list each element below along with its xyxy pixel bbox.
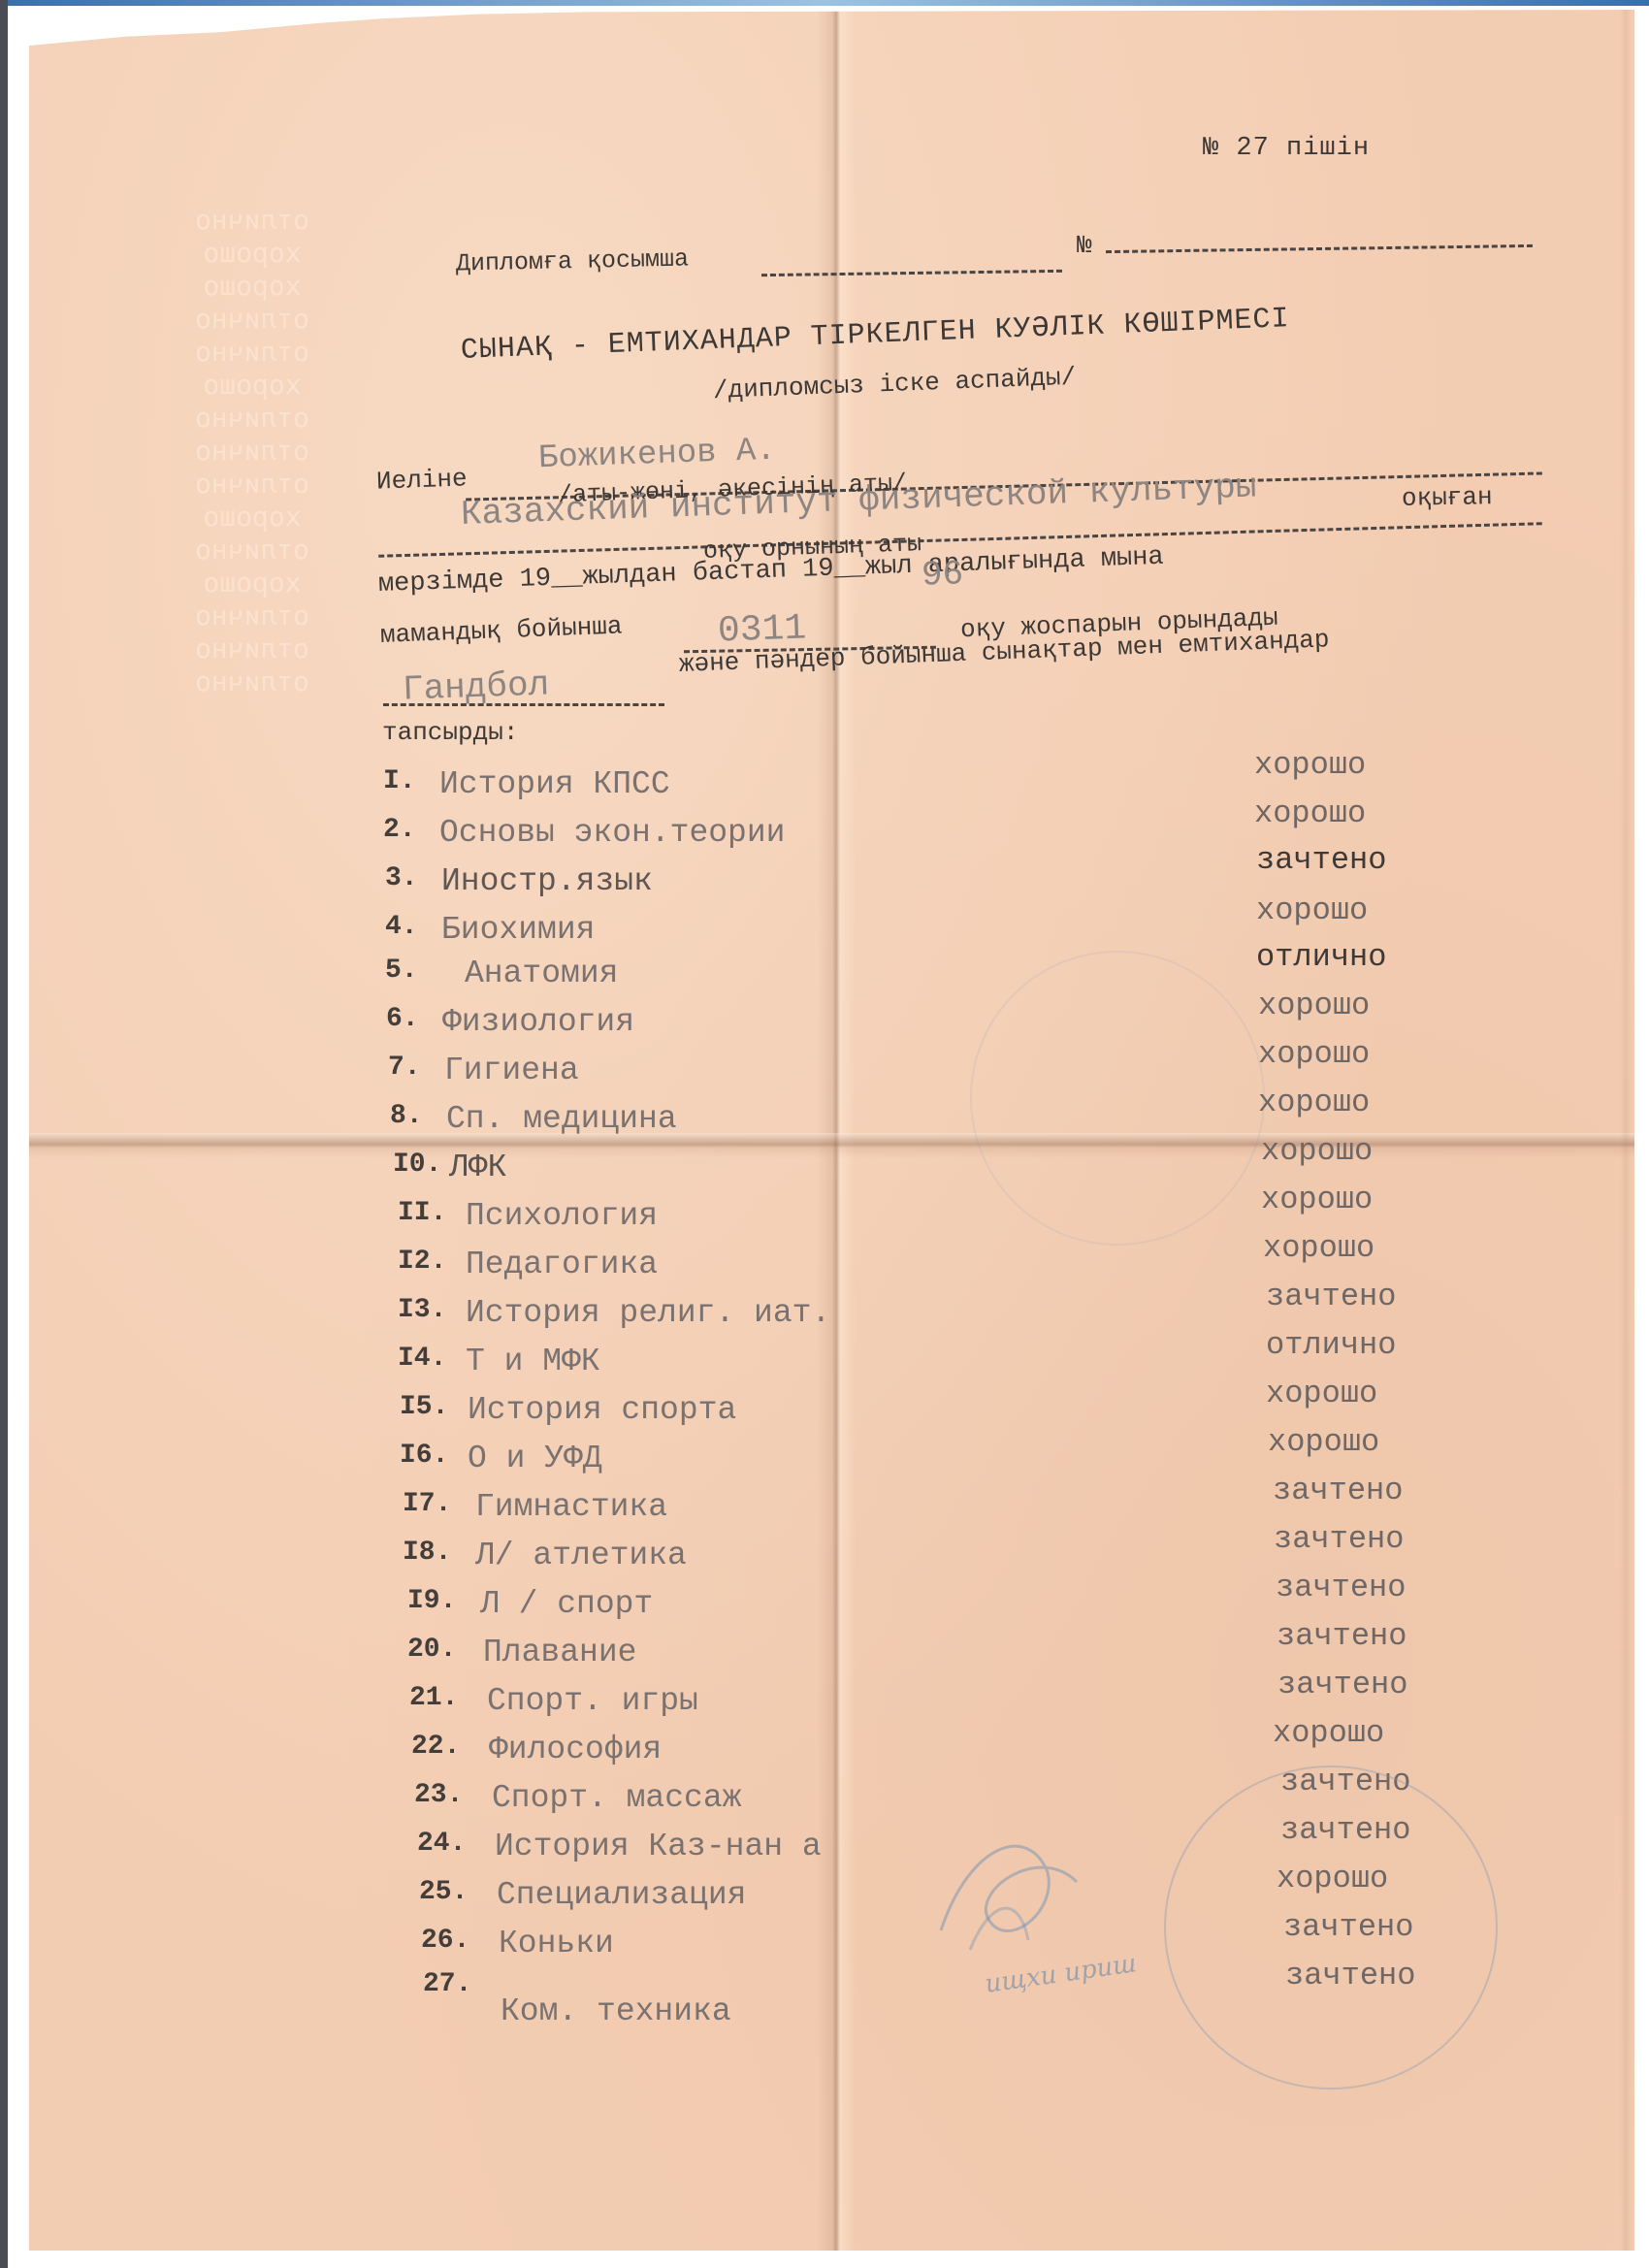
subject-row: II.Психология	[398, 1198, 658, 1234]
subject-row: 4.Биохимия	[385, 912, 595, 948]
subject-number: 6.	[386, 1004, 442, 1034]
subject-number: 4.	[385, 912, 441, 942]
grade: зачтено	[1277, 1667, 1407, 1702]
subject-number: 21.	[409, 1683, 487, 1713]
subject-name: ЛФК	[449, 1150, 506, 1185]
grade: хорошо	[1254, 795, 1366, 831]
subject-number: 3.	[385, 863, 441, 893]
form-number: № 27 пішін	[1203, 134, 1370, 163]
subject-number: 22.	[411, 1732, 489, 1762]
subject-name: История КПСС	[439, 766, 670, 802]
subject-row: I7.Гимнастика	[403, 1489, 667, 1525]
number-sign: №	[1077, 231, 1092, 260]
grade: хорошо	[1256, 892, 1368, 928]
subject-name: Спорт. массаж	[492, 1780, 741, 1816]
grade: зачтено	[1273, 1473, 1403, 1508]
subject-name: Ком. техника	[501, 1993, 731, 2029]
subject-row: 6.Физиология	[386, 1004, 634, 1040]
subject-name: Основы экон.теории	[439, 815, 785, 851]
subject-row: 26.Коньки	[421, 1926, 614, 1961]
subject-name: Иностр.язык	[441, 863, 653, 899]
grade: хорошо	[1258, 1036, 1370, 1072]
subject-name: История Каз-нан а	[495, 1829, 822, 1864]
passed-label: тапсырды:	[382, 718, 518, 747]
subject-row: I3.История религ. иат.	[398, 1295, 830, 1331]
subject-name: Гимнастика	[475, 1489, 667, 1525]
horizontal-fold-line	[29, 1133, 1634, 1158]
subject-row: I4.Т и МФК	[398, 1344, 600, 1379]
studied-label: оқыған	[1402, 482, 1493, 513]
show-through-text: отличнохорошохорошоотличноотличнохорошоо…	[155, 204, 349, 698]
subject-name: Биохимия	[441, 912, 595, 948]
scan-border-left	[0, 0, 8, 2268]
subject-row: I8.Л/ атлетика	[403, 1538, 687, 1573]
subject-name: Философия	[489, 1732, 662, 1767]
subject-number: 24.	[417, 1829, 495, 1859]
subject-row: I9.Л / спорт	[407, 1586, 653, 1622]
subject-name: Спорт. игры	[487, 1683, 698, 1719]
period-end-year: 96	[921, 554, 964, 595]
holder-label: Иеліне	[376, 464, 469, 496]
diploma-appendix-label: Дипломға қосымша	[456, 244, 690, 277]
subject-name: Л / спорт	[480, 1586, 653, 1622]
grade: хорошо	[1266, 1376, 1377, 1411]
subject-number: 26.	[421, 1926, 499, 1956]
right-crease	[1620, 10, 1632, 2251]
subject-number: I7.	[403, 1489, 475, 1519]
subject-number: 25.	[419, 1877, 497, 1907]
subject-name: Физиология	[442, 1004, 634, 1040]
subject-number: I9.	[407, 1586, 480, 1616]
subject-number: 2.	[383, 815, 439, 845]
subject-name: Коньки	[499, 1926, 614, 1961]
subject-row: I0.ЛФК	[393, 1150, 506, 1185]
subject-row: 23.Спорт. массаж	[414, 1780, 741, 1816]
grade: хорошо	[1273, 1715, 1384, 1751]
subject-number: II.	[398, 1198, 466, 1228]
subject-number: 23.	[414, 1780, 492, 1810]
subject-number: I8.	[403, 1538, 475, 1568]
scan-border-top	[0, 0, 1649, 6]
subject-number: 8.	[390, 1101, 446, 1131]
subject-name: Специализация	[497, 1877, 746, 1913]
grade: хорошо	[1261, 1182, 1373, 1217]
subject-row: 24.История Каз-нан а	[417, 1829, 822, 1864]
subject-row: 25.Специализация	[419, 1877, 746, 1913]
subject-row: Ком. техника	[423, 1993, 731, 2029]
grade: зачтено	[1276, 1570, 1406, 1605]
subject-row: I2.Педагогика	[398, 1247, 658, 1282]
grade: зачтено	[1256, 842, 1386, 878]
grade: хорошо	[1258, 1085, 1370, 1120]
subject-row: 3.Иностр.язык	[385, 863, 653, 899]
subject-row: 5.Анатомия	[385, 956, 618, 991]
subject-name: Л/ атлетика	[475, 1538, 687, 1573]
official-stamp	[1164, 1766, 1498, 2090]
subject-row: I.История КПСС	[383, 766, 670, 802]
subject-name: О и УФД	[468, 1441, 602, 1476]
grade: отлично	[1266, 1327, 1396, 1363]
subject-number: I.	[383, 766, 439, 796]
subject-name: Анатомия	[441, 956, 618, 991]
grade: хорошо	[1254, 747, 1366, 783]
subject-row: 21.Спорт. игры	[409, 1683, 698, 1719]
subject-number: 20.	[407, 1635, 483, 1665]
faint-stamp-impression	[970, 951, 1265, 1246]
subject-number: I2.	[398, 1247, 466, 1277]
subject-name: Гигиена	[444, 1053, 579, 1088]
subject-number: I6.	[400, 1441, 468, 1471]
subject-name: Сп. медицина	[446, 1101, 677, 1137]
subject-row: 20.Плавание	[407, 1635, 636, 1670]
grade: отлично	[1256, 939, 1386, 975]
subject-name: История религ. иат.	[466, 1295, 830, 1331]
grade: зачтено	[1266, 1279, 1396, 1314]
subject-name: Педагогика	[466, 1247, 658, 1282]
subject-number: 7.	[388, 1053, 444, 1083]
subject-row: 8.Сп. медицина	[390, 1101, 677, 1137]
grade: зачтено	[1277, 1618, 1406, 1654]
grade: хорошо	[1263, 1230, 1374, 1266]
subject-name: История спорта	[468, 1392, 736, 1428]
subject-row: 2.Основы экон.теории	[383, 815, 785, 851]
subject-row: 7.Гигиена	[388, 1053, 579, 1088]
subject-number: I0.	[393, 1150, 449, 1180]
subject-number: I3.	[398, 1295, 466, 1325]
subject-number: 5.	[385, 956, 441, 986]
subject-name: Т и МФК	[466, 1344, 600, 1379]
subject-name: Плавание	[483, 1635, 636, 1670]
subject-row: 22.Философия	[411, 1732, 662, 1767]
grade: хорошо	[1258, 988, 1370, 1023]
grade: зачтено	[1274, 1521, 1404, 1557]
grade: хорошо	[1268, 1424, 1379, 1460]
subject-row: I5.История спорта	[400, 1392, 736, 1428]
subject-row: I6.О и УФД	[400, 1441, 602, 1476]
subject-number: I5.	[400, 1392, 468, 1422]
grade: хорошо	[1261, 1133, 1373, 1169]
specialization-field-line	[383, 703, 664, 706]
subject-number: I4.	[398, 1344, 466, 1374]
subject-name: Психология	[466, 1198, 658, 1234]
